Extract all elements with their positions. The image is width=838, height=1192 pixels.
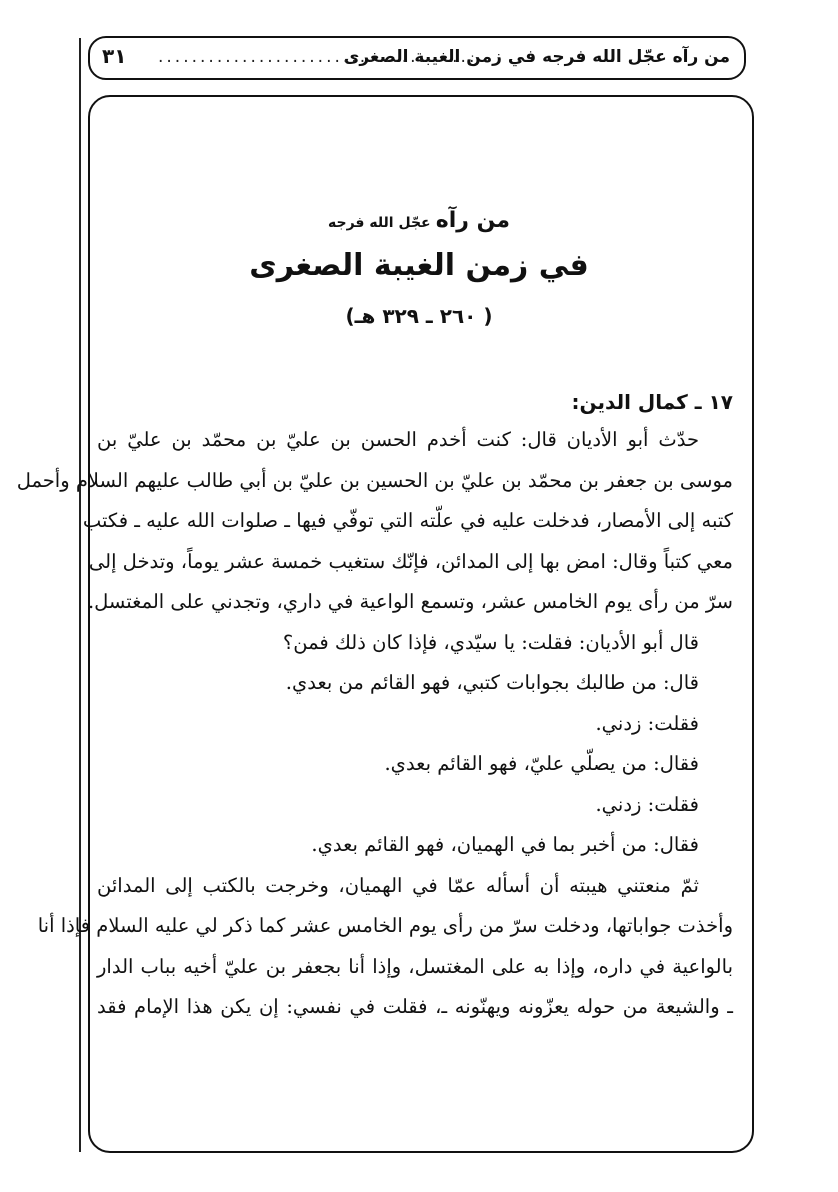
text-line: معي كتباً وقال: امض بها إلى المدائن، فإن… xyxy=(97,550,733,590)
running-header: من رآه عجّل الله فرجه في زمن الغيبة الصغ… xyxy=(88,36,746,80)
text-line: سرّ من رأى يوم الخامس عشر، وتسمع الواعية… xyxy=(97,590,733,630)
page-margin-rule xyxy=(79,38,81,1152)
body-text: حدّث أبو الأديان قال: كنت أخدم الحسن بن … xyxy=(97,428,733,1128)
text-line: فقلت: زدني. xyxy=(97,712,733,752)
text-line: قال: من طالبك بجوابات كتبي، فهو القائم م… xyxy=(97,671,733,711)
text-line: فقال: من أخبر بما في الهميان، فهو القائم… xyxy=(97,833,733,873)
text-line: كتبه إلى الأمصار، فدخلت عليه في علّته ال… xyxy=(97,509,733,549)
text-line: ثمّ منعتني هيبته أن أسأله عمّا في الهميا… xyxy=(97,874,733,914)
chapter-date-range: ( ٢٦٠ ـ ٣٢٩ هـ) xyxy=(0,304,838,328)
text-line: حدّث أبو الأديان قال: كنت أخدم الحسن بن … xyxy=(97,428,733,468)
text-line: فقال: من يصلّي عليّ، فهو القائم بعدي. xyxy=(97,752,733,792)
chapter-title-line2: في زمن الغيبة الصغرى xyxy=(0,248,838,283)
text-line: موسى بن جعفر بن محمّد بن عليّ بن الحسين … xyxy=(97,469,733,509)
text-line: وأخذت جواباتها، ودخلت سرّ من رأى يوم الخ… xyxy=(97,914,733,954)
text-line: ـ والشيعة من حوله يعزّونه ويهنّونه ـ، فق… xyxy=(97,995,733,1035)
text-line: قال أبو الأديان: فقلت: يا سيّدي، فإذا كا… xyxy=(97,631,733,671)
chapter-title-line1: من رآه عجّل الله فرجه xyxy=(0,208,838,233)
text-line: فقلت: زدني. xyxy=(97,793,733,833)
page-number: ٣١ xyxy=(102,44,126,68)
chapter-title-main: من رآه xyxy=(436,208,510,233)
chapter-title-honorific: عجّل الله فرجه xyxy=(328,215,431,231)
section-heading: ١٧ ـ كمال الدين: xyxy=(572,390,733,414)
leader-dots: ........................................… xyxy=(158,47,476,67)
text-line: بالواعية في داره، وإذا به على المغتسل، و… xyxy=(97,955,733,995)
